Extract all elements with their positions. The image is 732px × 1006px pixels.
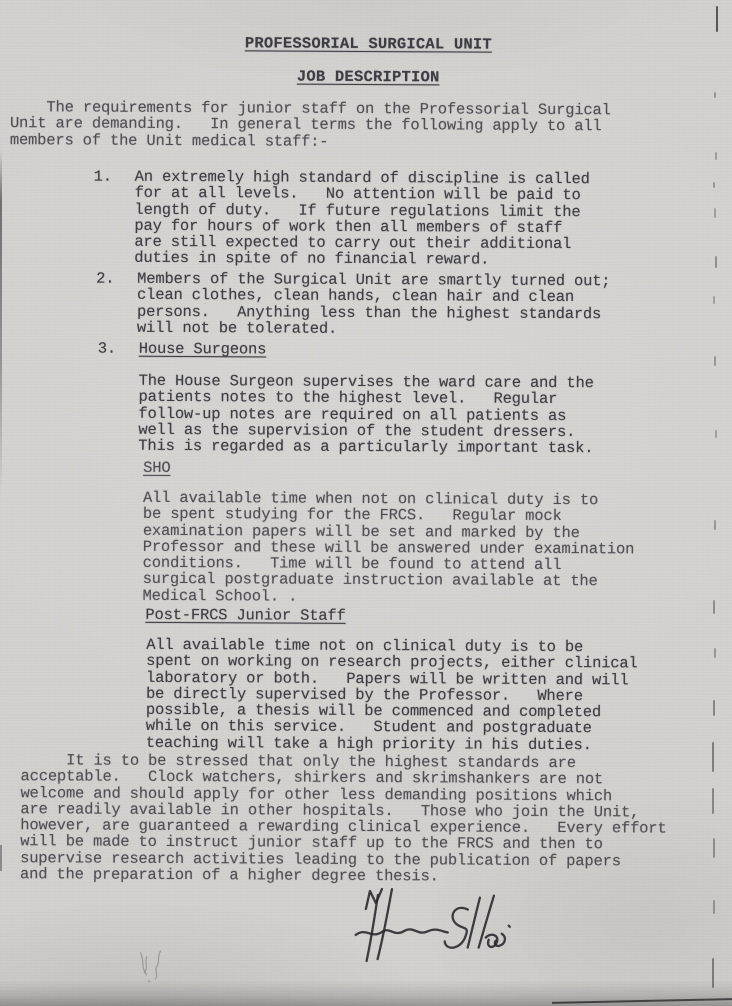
- section-sho-heading: SHO: [143, 460, 170, 476]
- item-1-number: 1.: [94, 169, 112, 185]
- item-2-text: Members of the Surgical Unit are smartly…: [137, 271, 611, 339]
- section-postfrcs-heading: Post-FRCS Junior Staff: [145, 607, 345, 624]
- item-2-number: 2.: [96, 271, 114, 287]
- left-edge-shadow: [0, 150, 2, 495]
- item-1-text: An extremely high standard of discipline…: [134, 169, 590, 269]
- closing-paragraph: It is to be stressed that only the highe…: [20, 752, 667, 886]
- item-3-heading: House Surgeons: [139, 341, 267, 358]
- document-content: PROFESSORIAL SURGICAL UNIT JOB DESCRIPTI…: [0, 0, 732, 1006]
- section-sho-text: All available time when not on clinical …: [142, 490, 634, 607]
- item-3-number: 3.: [98, 341, 116, 357]
- section-postfrcs-text: All available time not on clinical duty …: [146, 637, 638, 754]
- document-subtitle: JOB DESCRIPTION: [2, 67, 732, 87]
- item-3-text: The House Surgeon supervises the ward ca…: [138, 373, 593, 457]
- intro-paragraph: The requirements for junior staff on the…: [10, 99, 611, 151]
- signature-handwriting: [327, 875, 538, 981]
- left-edge-smudge: [0, 845, 2, 871]
- scanned-document-page: PROFESSORIAL SURGICAL UNIT JOB DESCRIPTI…: [0, 0, 732, 1006]
- document-title: PROFESSORIAL SURGICAL UNIT: [2, 34, 732, 54]
